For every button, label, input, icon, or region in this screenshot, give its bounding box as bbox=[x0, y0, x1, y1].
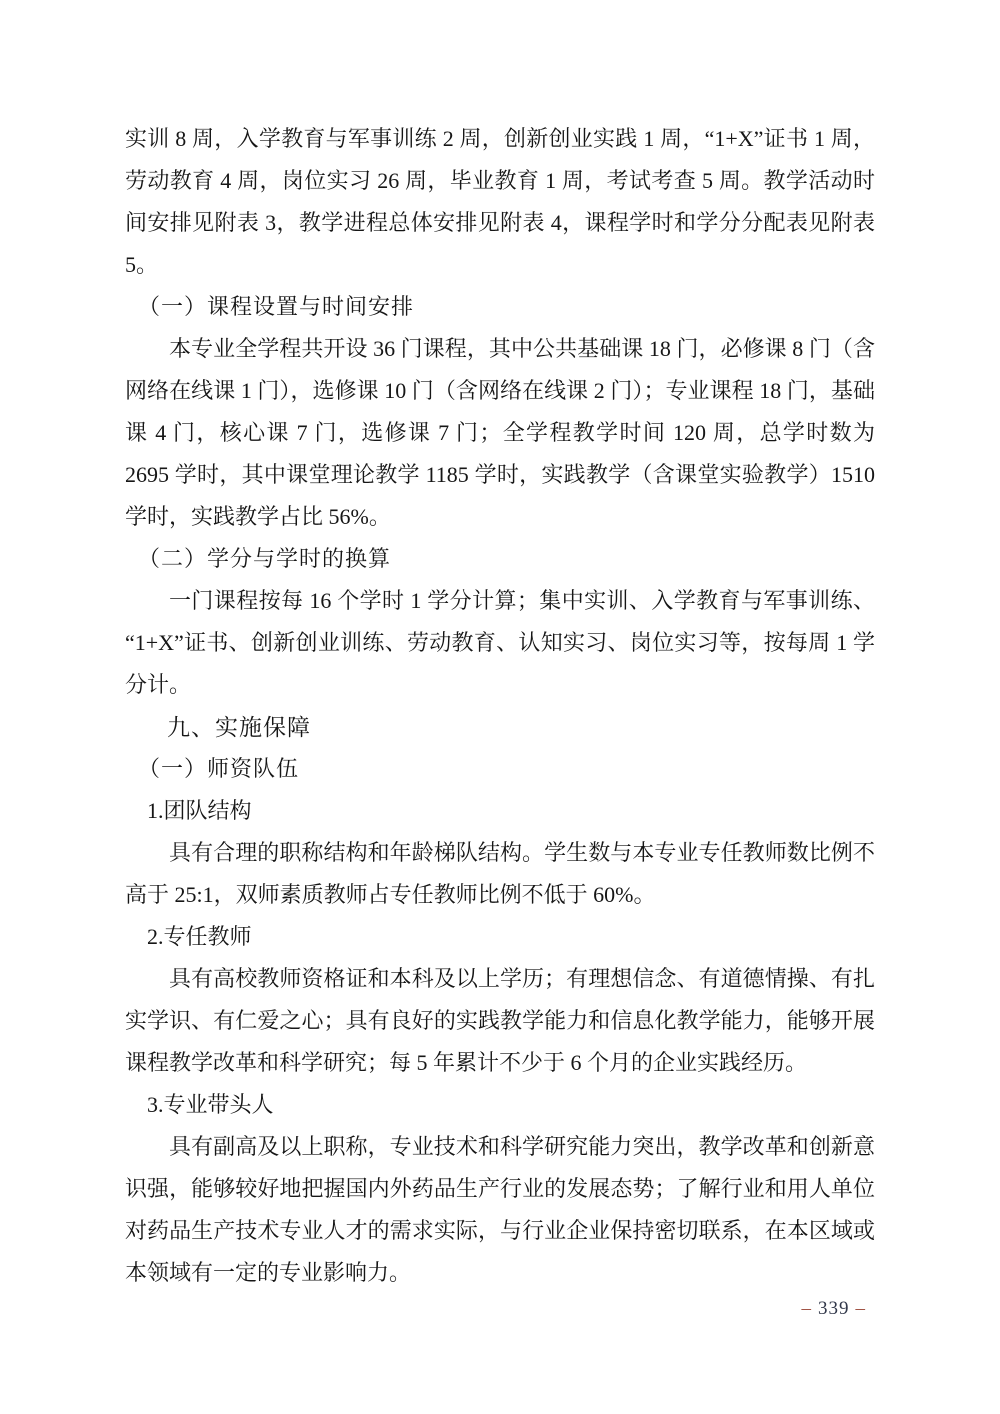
paragraph-program-leader: 具有副高及以上职称，专业技术和科学研究能力突出，教学改革和创新意识强，能够较好地… bbox=[125, 1126, 875, 1294]
document-page: 实训 8 周，入学教育与军事训练 2 周，创新创业实践 1 周，“1+X”证书 … bbox=[0, 0, 1000, 1414]
page-number-dash-left: – bbox=[796, 1298, 819, 1319]
page-number-value: 339 bbox=[818, 1298, 850, 1319]
subheading-fulltime-teachers: 2.专任教师 bbox=[125, 916, 875, 958]
paragraph-schedule-continuation: 实训 8 周，入学教育与军事训练 2 周，创新创业实践 1 周，“1+X”证书 … bbox=[125, 118, 875, 286]
paragraph-credit-conversion: 一门课程按每 16 个学时 1 学分计算；集中实训、入学教育与军事训练、“1+X… bbox=[125, 580, 875, 706]
paragraph-fulltime-teachers: 具有高校教师资格证和本科及以上学历；有理想信念、有道德情操、有扎实学识、有仁爱之… bbox=[125, 958, 875, 1084]
subheading-team-structure: 1.团队结构 bbox=[125, 790, 875, 832]
paragraph-course-setup: 本专业全学程共开设 36 门课程，其中公共基础课 18 门，必修课 8 门（含网… bbox=[125, 328, 875, 538]
heading-course-setup: （一）课程设置与时间安排 bbox=[125, 286, 875, 328]
paragraph-team-structure: 具有合理的职称结构和年龄梯队结构。学生数与本专业专任教师数比例不高于 25:1，… bbox=[125, 832, 875, 916]
heading-chapter-9-implementation: 九、实施保障 bbox=[125, 706, 875, 748]
page-number-dash-right: – bbox=[850, 1298, 873, 1319]
subheading-program-leader: 3.专业带头人 bbox=[125, 1084, 875, 1126]
page-number: –339– bbox=[796, 1296, 873, 1322]
heading-faculty-team: （一）师资队伍 bbox=[125, 748, 875, 790]
heading-credit-conversion: （二）学分与学时的换算 bbox=[125, 538, 875, 580]
